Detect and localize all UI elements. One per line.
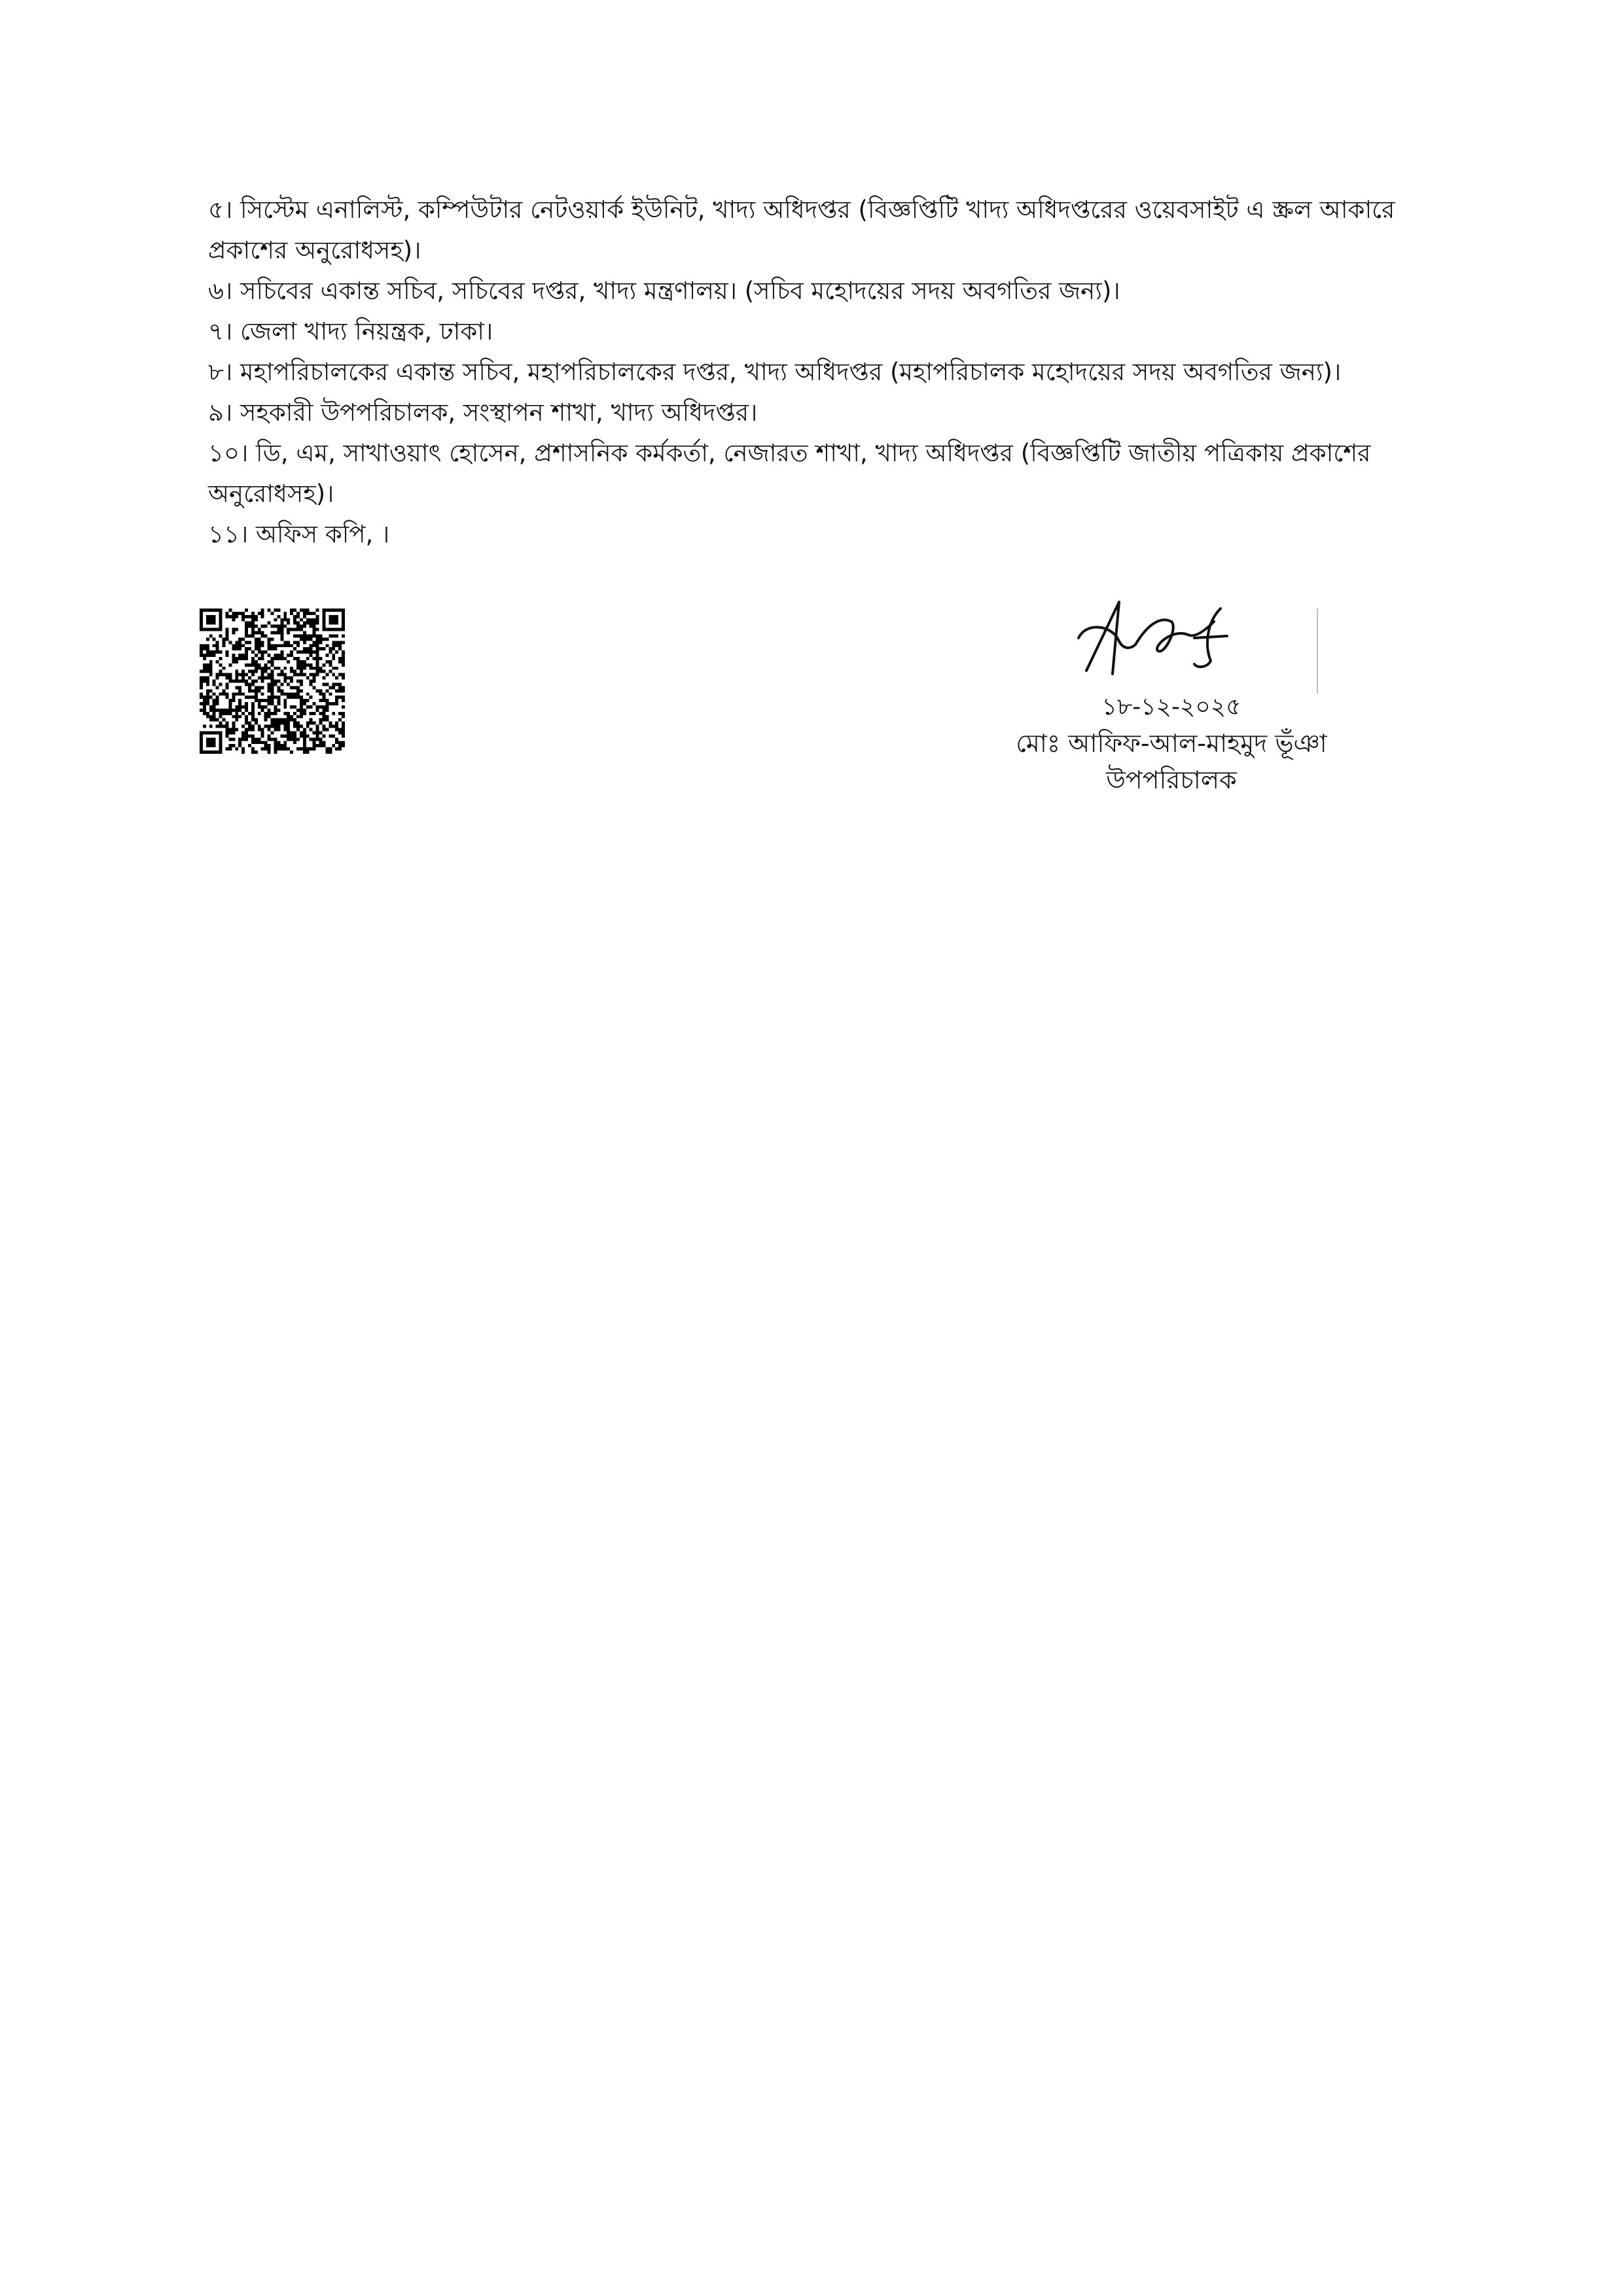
list-item: ৭। জেলা খাদ্য নিয়ন্ত্রক, ঢাকা।	[208, 311, 1438, 352]
list-item: ৮। মহাপরিচালকের একান্ত সচিব, মহাপরিচালকে…	[208, 352, 1438, 393]
list-item: ৫। সিস্টেম এনালিস্ট, কম্পিউটার নেটওয়ার্…	[208, 190, 1438, 271]
list-item: ১১। অফিস কপি, ।	[208, 514, 1438, 555]
signatory-name: মোঃ আফিফ-আল-মাহমুদ ভূঁঞা	[988, 725, 1355, 762]
qr-code-icon	[200, 609, 345, 754]
signature-divider	[1317, 609, 1318, 694]
signature-block: ১৮-১২-২০২৫ মোঃ আফিফ-আল-মাহমুদ ভূঁঞা উপপর…	[988, 595, 1355, 798]
signature-date: ১৮-১২-২০২৫	[988, 690, 1355, 725]
list-item: ৬। সচিবের একান্ত সচিব, সচিবের দপ্তর, খাদ…	[208, 271, 1438, 311]
list-item: ১০। ডি, এম, সাখাওয়াৎ হোসেন, প্রশাসনিক ক…	[208, 433, 1438, 514]
distribution-list: ৫। সিস্টেম এনালিস্ট, কম্পিউটার নেটওয়ার্…	[208, 190, 1438, 555]
list-item: ৯। সহকারী উপপরিচালক, সংস্থাপন শাখা, খাদ্…	[208, 393, 1438, 433]
signatory-designation: উপপরিচালক	[988, 762, 1355, 798]
signature-icon	[1073, 595, 1250, 680]
